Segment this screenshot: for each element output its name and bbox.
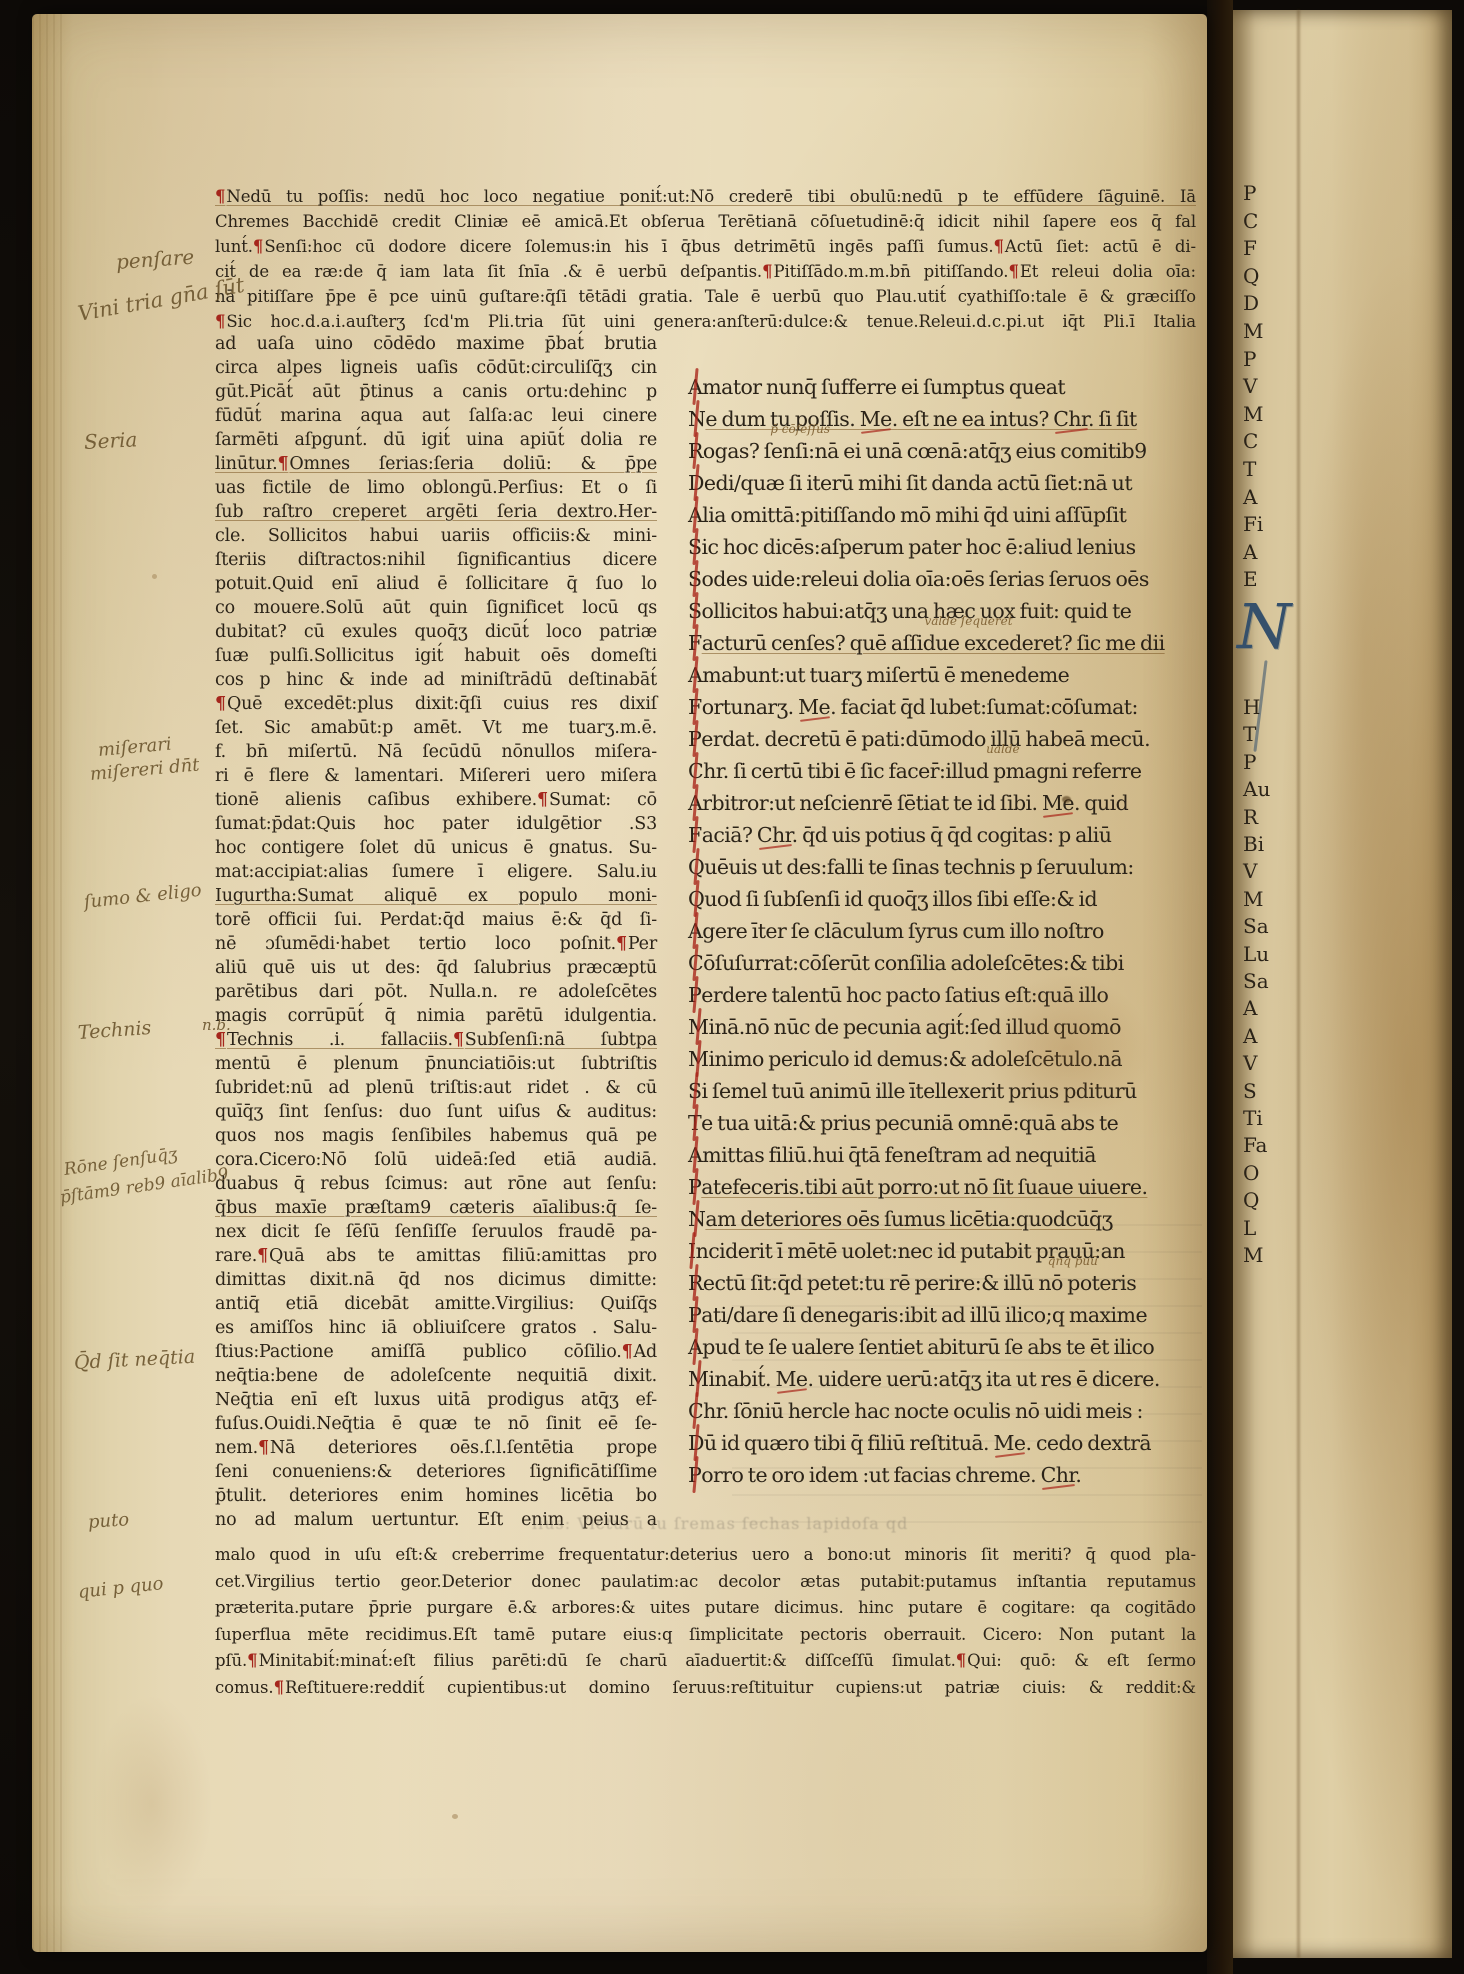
commentary-line: uas fictile de limo oblongū.Perſius: Et …	[215, 476, 657, 500]
pilcrow-mark: ¶	[956, 1651, 967, 1670]
page-edge-texture	[32, 14, 66, 1952]
illuminated-initial: N	[1237, 596, 1291, 658]
commentary-line: quos nos magis ſenſibiles habemus quā pe	[215, 1124, 657, 1148]
pilcrow-mark: ¶	[1008, 262, 1019, 281]
commentary-line: cet.Virgilius tertio geor.Deterior donec…	[215, 1569, 1196, 1596]
pilcrow-mark: ¶	[277, 454, 289, 474]
commentary-line: antiq̄ etiā dicebāt amitte.Virgilius: Qu…	[215, 1292, 657, 1316]
pilcrow-mark: ¶	[453, 1030, 465, 1050]
commentary-line: circa alpes ligneis uaſis cōdūt:circuliſ…	[215, 356, 657, 380]
verse-line: Te tua uitā:& prius pecuniā omnē:quā abs…	[688, 1107, 1202, 1139]
line-initial-capital: H	[1243, 696, 1260, 718]
verse-initial-capital: M	[688, 1043, 708, 1075]
commentary-line: ad uaſa uino cōdēdo maxime p̄bat́ brutia	[215, 332, 657, 356]
line-initial-capital: V	[1243, 1052, 1257, 1074]
commentary-line: ¶Technis .i. fallaciis.¶Subſenſi:nā ſubt…	[215, 1028, 657, 1052]
verse-line: Fortunarʒ. Me. faciat q̄d lubet:ſumat:cō…	[688, 691, 1202, 723]
commentary-line: mentū ē plenum p̄nunciatiōis:ut ſubtriſt…	[215, 1052, 657, 1076]
verse-initial-capital: C	[688, 1395, 703, 1427]
marginalia-note: ſumo & eligo	[83, 880, 203, 913]
pilcrow-mark: ¶	[253, 237, 264, 256]
verse-line: Amabunt:ut tuarʒ miſertū ē menedeme	[688, 659, 1202, 691]
verse-initial-capital: N	[688, 1203, 705, 1235]
line-initial-capital: C	[1243, 210, 1258, 232]
line-initial-capital: M	[1243, 888, 1263, 910]
commentary-line: rare.¶Quā abs te amittas filiū:amittas p…	[215, 1244, 657, 1268]
verse-line: Quod ſi ſubſenſi id quoq̄ʒ illos ſibi eſ…	[688, 883, 1202, 915]
commentary-line: mat:accipiat:alias ſumere ī eligere. Sal…	[215, 860, 657, 884]
verse-initial-capital: P	[688, 723, 701, 755]
verse-line: Sodes uide:releui dolia oīa:oēs ſerias ſ…	[688, 563, 1202, 595]
verse-initial-capital: P	[688, 1459, 701, 1491]
commentary-line: ſarmēti aſpgunt́. dū igit́ uina apiūt́ d…	[215, 428, 657, 452]
verse-initial-capital: C	[688, 947, 703, 979]
commentary-line: neq̄tia:bene de adoleſcente nequitiā dix…	[215, 1364, 657, 1388]
line-initial-capital: E	[1243, 568, 1258, 590]
verse-line: Perdat. decretū ē pati:dūmodo illū habeā…	[688, 723, 1202, 755]
verse-initial-capital: P	[688, 1171, 701, 1203]
commentary-line: fūdūt́ marina aqua aut ſalſa:ac leui cin…	[215, 404, 657, 428]
line-initial-capital: M	[1243, 403, 1263, 425]
pilcrow-mark: ¶	[537, 790, 549, 810]
verse-initial-capital: A	[688, 659, 702, 691]
commentary-line: cos p hinc & inde ad miniſtrādū deſtinab…	[215, 668, 657, 692]
commentary-column: ad uaſa uino cōdēdo maxime p̄bat́ brutia…	[215, 332, 657, 1532]
line-initial-capital: M	[1243, 1244, 1263, 1266]
speaker-abbreviation: Me.	[860, 407, 898, 431]
stain	[92, 1694, 212, 1914]
pilcrow-mark: ¶	[215, 312, 226, 331]
pilcrow-mark: ¶	[215, 694, 227, 714]
line-initial-capital: P	[1243, 348, 1256, 370]
marginalia-note: Q̄d ſit neq̄tia	[73, 1346, 195, 1374]
verse-line: Chr. ſi certū tibi ē ſic facer̄:illud pm…	[688, 755, 1202, 787]
verse-initial-capital: S	[688, 563, 702, 595]
marginalia-note: Seria	[83, 427, 138, 454]
commentary-line: ſuperflua mēte recidimus.Eſt tamē putare…	[215, 1622, 1196, 1649]
commentary-line: q̄bus maxīe præſtam9 cæteris aīalibus:q̄…	[215, 1196, 657, 1220]
verse-line: Faciā? Chr. q̄d uis potius q̄ q̄d cogita…	[688, 819, 1202, 851]
verse-line: Patefeceris.tibi aūt porro:ut nō ſit ſua…	[688, 1171, 1202, 1203]
interlinear-gloss: valde ſequeret̄	[924, 614, 1012, 628]
commentary-line: ¶Nedū tu poſſis: nedū hoc loco negatiue …	[215, 184, 1196, 209]
verse-initial-capital: F	[688, 819, 702, 851]
commentary-line: comus.¶Reſtituere:reddit́ cupientibus:ut…	[215, 1675, 1196, 1702]
pilcrow-mark: ¶	[622, 1342, 634, 1362]
pilcrow-mark: ¶	[274, 1678, 285, 1697]
marginalia-note: penſare	[115, 245, 195, 274]
commentary-line: nē ɔſumēdi·habet tertio loco poſnit.¶Per	[215, 932, 657, 956]
verse-initial-capital: Q	[688, 883, 704, 915]
commentary-line: ſtius:Pactione amiſſā publico cōſilio.¶A…	[215, 1340, 657, 1364]
line-initial-capital: S	[1243, 1080, 1257, 1102]
verse-initial-capital: A	[688, 1331, 702, 1363]
verse-line: Amittas filiū.hui q̄tā feneſtram ad nequ…	[688, 1139, 1202, 1171]
line-initial-capital: Sa	[1243, 970, 1269, 992]
line-initial-capital: A	[1243, 997, 1257, 1019]
verse-initial-capital: S	[688, 1075, 702, 1107]
interlinear-gloss: p̄ cōfeſſus	[770, 422, 830, 436]
marginalia-note: Technis	[77, 1017, 152, 1044]
commentary-line: aliū quē uis ut des: q̄d ſalubrius præcæ…	[215, 956, 657, 980]
marginalia-note: puto	[87, 1509, 130, 1533]
verse-initial-capital: C	[688, 755, 703, 787]
line-initial-capital: A	[1243, 486, 1257, 508]
verse-initial-capital: F	[688, 627, 702, 659]
commentary-line: fuſus.Ouidi.Neq̄tia ē quæ te nō ſinit eē…	[215, 1412, 657, 1436]
commentary-line: præterita.putare p̄prie purgare ē.& arbo…	[215, 1595, 1196, 1622]
verse-line: Agere īter ſe clāculum ſyrus cum illo no…	[688, 915, 1202, 947]
foxing-dot	[152, 574, 157, 579]
verse-line: Sic hoc dicēs:aſperum pater hoc ē:aliud …	[688, 531, 1202, 563]
verse-initial-capital: R	[688, 435, 703, 467]
commentary-line: ſub raſtro creperet argēti ſeria dextro.…	[215, 500, 657, 524]
line-initial-capital: D	[1243, 292, 1259, 314]
commentary-line: duabus q̄ rebus ſcimus: aut rōne aut ſen…	[215, 1172, 657, 1196]
commentary-line: dubitat? cū exules quoq̄ʒ dicūt́ loco pa…	[215, 620, 657, 644]
pilcrow-mark: ¶	[616, 934, 628, 954]
verse-initial-capital: I	[688, 1235, 696, 1267]
interlinear-gloss: ualde	[986, 742, 1020, 756]
commentary-line: ſeni conueniens:& deteriores ſignificāti…	[215, 1460, 657, 1484]
line-initial-capital: Q	[1243, 265, 1259, 287]
line-initial-capital: O	[1243, 1162, 1259, 1184]
show-through-texture	[732, 1224, 1202, 1524]
speaker-abbreviation: Me.	[1042, 791, 1080, 815]
line-initial-capital: L	[1243, 1217, 1256, 1239]
commentary-line: torē officii ſui. Perdat:q̄d maius ē:& q…	[215, 908, 657, 932]
marginalia-note: n.b.	[202, 1016, 231, 1034]
commentary-line: dimittas dixit.nā q̄d nos dicimus dimitt…	[215, 1268, 657, 1292]
verse-initial-capital: A	[688, 371, 702, 403]
verse-initial-capital: A	[688, 787, 702, 819]
commentary-line: parētibus dari pōt. Nulla.n. re adoleſcē…	[215, 980, 657, 1004]
line-initial-capital: F	[1243, 237, 1257, 259]
commentary-line: pſū.¶Minitabit́:minat́:eſt filius parēti…	[215, 1648, 1196, 1675]
speaker-abbreviation: Chr.	[757, 823, 798, 847]
commentary-line: malo quod in uſu eſt:& creberrime freque…	[215, 1542, 1196, 1569]
verse-initial-capital: P	[688, 1299, 701, 1331]
commentary-line: p̄tulit. deteriores enim homines licētia…	[215, 1484, 657, 1508]
speaker-abbreviation: Me.	[798, 695, 836, 719]
verse-line: Ne dum tu poſſis. Me. eſt ne ea intus? C…	[688, 403, 1202, 435]
pilcrow-mark: ¶	[257, 1246, 269, 1266]
line-initial-capital: P	[1243, 751, 1256, 773]
commentary-line: magis corrūpūt́ q̄ nimia parētū idulgent…	[215, 1004, 657, 1028]
foxing-dot	[452, 1814, 458, 1819]
pilcrow-mark: ¶	[247, 1651, 258, 1670]
gutter-fold	[1207, 0, 1233, 1974]
commentary-line: quīq̄ʒ ſint ſenſus: duo ſunt uiſus & aud…	[215, 1100, 657, 1124]
verse-initial-capital: D	[688, 1427, 704, 1459]
commentary-line: ſteriis diſtractos:nihil ſignificantius …	[215, 548, 657, 572]
speaker-abbreviation: Chr.	[1053, 407, 1094, 431]
pilcrow-mark: ¶	[215, 187, 226, 206]
commentary-line: ſubridet:nū ad plenū triſtis:aut ridet .…	[215, 1076, 657, 1100]
verse-initial-capital: M	[688, 1011, 708, 1043]
commentary-line: ¶Sic hoc.d.a.i.auſterʒ ſcd'm Pli.tria ſū…	[215, 309, 1196, 334]
verse-initial-capital: R	[688, 1267, 703, 1299]
line-initial-capital: V	[1243, 860, 1257, 882]
line-initial-capital: Sa	[1243, 915, 1269, 937]
commentary-line: gūt.Picāt́ aūt p̄tinus a canis ortu:dehi…	[215, 380, 657, 404]
commentary-line: ri ē flere & lamentari. Miſereri uero mi…	[215, 764, 657, 788]
verse-initial-capital: A	[688, 499, 702, 531]
commentary-line: Chremes Bacchidē credit Cliniæ eē amicā.…	[215, 209, 1196, 234]
line-initial-capital: Lu	[1243, 943, 1269, 965]
line-initial-capital: T	[1243, 458, 1256, 480]
ink-spot	[1062, 796, 1071, 803]
line-initial-capital: Bi	[1243, 833, 1264, 855]
commentary-line: ¶Quē excedēt:plus dixit:q̄ſi cuius res d…	[215, 692, 657, 716]
commentary-line: Neq̄tia enī eſt luxus uitā prodigus atq̄…	[215, 1388, 657, 1412]
line-initial-capital: M	[1243, 320, 1263, 342]
verse-line: Amator nunq̄ ſufferre ei ſumptus queat	[688, 371, 1202, 403]
commentary-line: nā pitiſſare p̄pe ē pce uinū guſtare:q̄ſ…	[215, 284, 1196, 309]
pilcrow-mark: ¶	[762, 262, 773, 281]
line-initial-capital: C	[1243, 430, 1258, 452]
left-page: ¶Nedū tu poſſis: nedū hoc loco negatiue …	[32, 14, 1207, 1952]
line-initial-capital: R	[1243, 806, 1258, 828]
line-initial-capital: T	[1243, 723, 1256, 745]
commentary-line: ſumat:p̄dat:Quis hoc pater idulgētior .S…	[215, 812, 657, 836]
line-initial-capital: A	[1243, 1025, 1257, 1047]
line-initial-capital: Fi	[1243, 513, 1263, 535]
verse-initial-capital: T	[688, 1107, 701, 1139]
next-page-sliver: PCFQDMPVMCTAFiAENHTPAuRBiVMSaLuSaAAVSTiF…	[1233, 10, 1452, 1958]
top-commentary-block: ¶Nedū tu poſſis: nedū hoc loco negatiue …	[215, 184, 1196, 334]
line-initial-capital: Au	[1243, 778, 1270, 800]
commentary-line: cora.Cicero:Nō ſolū uideā:ſed etiā audiā…	[215, 1148, 657, 1172]
verse-initial-capital: S	[688, 531, 702, 563]
commentary-line: ſet. Sic amabūt:p amēt. Vt me tuarʒ.m.ē.	[215, 716, 657, 740]
commentary-line: cle. Sollicitos habui uariis officiis:& …	[215, 524, 657, 548]
verse-line: Cōſuſurrat:cōſerūt conſilia adoleſcētes:…	[688, 947, 1202, 979]
verse-line: Arbitror:ut neſcienrē ſētiat te id ſibi.…	[688, 787, 1202, 819]
commentary-line: cit́ de ea ræ:de q̄ iam lata ſit ſnīa .&…	[215, 259, 1196, 284]
verse-initial-capital: M	[688, 1363, 708, 1395]
verse-initial-capital: F	[688, 691, 702, 723]
line-initial-capital: P	[1243, 182, 1256, 204]
verse-initial-capital: A	[688, 915, 702, 947]
commentary-line: co mouere.Solū aūt quin ſignificet locū …	[215, 596, 657, 620]
commentary-line: potuit.Quid enī aliud ē ſollicitare q̄ ſ…	[215, 572, 657, 596]
commentary-line: hoc contigere ſolet dū unicus ē gnatus. …	[215, 836, 657, 860]
commentary-line: es amiſſos hinc iā obliuiſcere gratos . …	[215, 1316, 657, 1340]
verse-line: Facturū cenſes? quē aſſidue excederet? ſ…	[688, 627, 1202, 659]
commentary-line: nem.¶Nā deteriores oēs.ſ.l.ſentētia prop…	[215, 1436, 657, 1460]
verse-line: Quēuis ut des:falli te ſinas technis p ſ…	[688, 851, 1202, 883]
verse-initial-capital: N	[688, 403, 705, 435]
commentary-line: lunt́.¶Senſi:hoc cū dodore dicere ſolemu…	[215, 234, 1196, 259]
pilcrow-mark: ¶	[258, 1438, 270, 1458]
verse-line: Dedi/quæ ſi iterū mihi ſit danda actū ſi…	[688, 467, 1202, 499]
commentary-line: Iugurtha:Sumat aliquē ex populo moni-	[215, 884, 657, 908]
marginalia-note: qui p quo	[77, 1573, 165, 1603]
line-initial-capital: A	[1243, 541, 1257, 563]
verse-line: Rogas? ſenſi:nā ei unā cœnā:atq̄ʒ eius c…	[688, 435, 1202, 467]
page-crease	[1297, 10, 1300, 1958]
commentary-line: linūtur.¶Omnes ſerias:ſeria doliū: & p̄p…	[215, 452, 657, 476]
pilcrow-mark: ¶	[994, 237, 1005, 256]
commentary-line: f. bn̄ miſertū. Nā ſecūdū nōnullos miſer…	[215, 740, 657, 764]
verse-initial-capital: Q	[688, 851, 704, 883]
line-initial-capital: Q	[1243, 1189, 1259, 1211]
line-initial-capital: V	[1243, 375, 1257, 397]
bottom-commentary-block: malo quod in uſu eſt:& creberrime freque…	[215, 1542, 1196, 1701]
photographed-open-book: ¶Nedū tu poſſis: nedū hoc loco negatiue …	[0, 0, 1464, 1974]
commentary-line: tionē alienis caſibus exhibere.¶Sumat: c…	[215, 788, 657, 812]
stain	[982, 974, 1152, 1124]
verse-initial-capital: A	[688, 1139, 702, 1171]
commentary-line: ſuæ pulſi.Sollicitus igit́ habuit oēs do…	[215, 644, 657, 668]
verse-line: Alia omittā:pitiſſando mō mihi q̄d uini …	[688, 499, 1202, 531]
commentary-line: nex dicit ſe ſēſū ſenſiſſe ſeruulos frau…	[215, 1220, 657, 1244]
verse-initial-capital: P	[688, 979, 701, 1011]
line-initial-capital: Ti	[1243, 1107, 1263, 1129]
verse-initial-capital: D	[688, 467, 704, 499]
verse-initial-capital: S	[688, 595, 702, 627]
line-initial-capital: Fa	[1243, 1134, 1267, 1156]
